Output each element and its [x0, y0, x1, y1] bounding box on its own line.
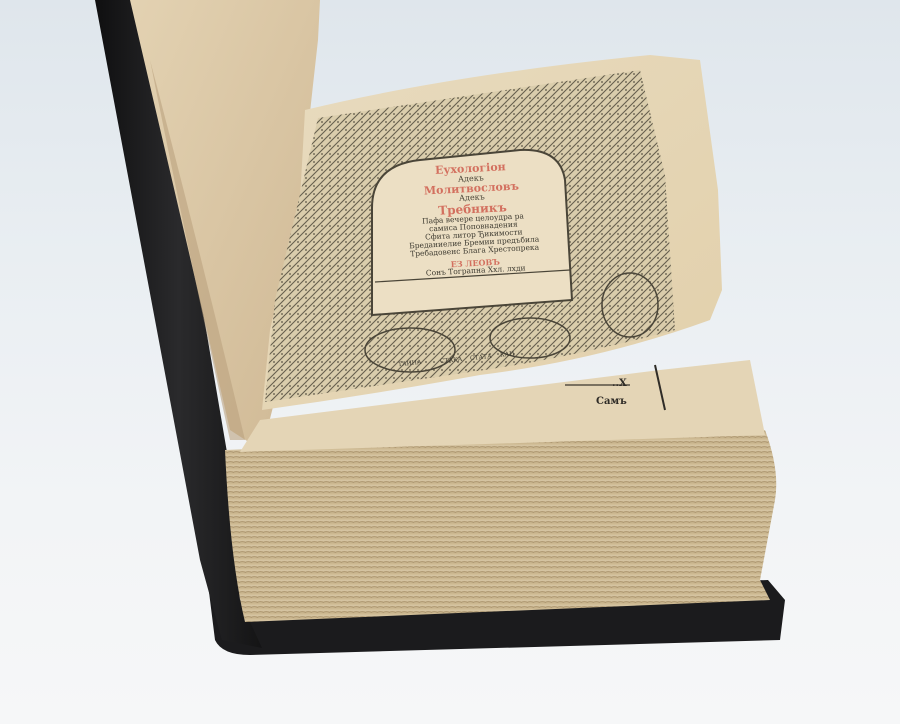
book-photo: Еухологіон Адекъ Молитвословъ Адекъ Треб… [0, 0, 900, 724]
title-text-block: Еухологіон Адекъ Молитвословъ Адекъ Треб… [375, 158, 571, 280]
engraving-label-4: КАИ [500, 350, 515, 358]
under-page-mark: ..Х [612, 378, 627, 389]
page-edges [225, 430, 776, 622]
under-page-word: Самъ [596, 396, 627, 407]
